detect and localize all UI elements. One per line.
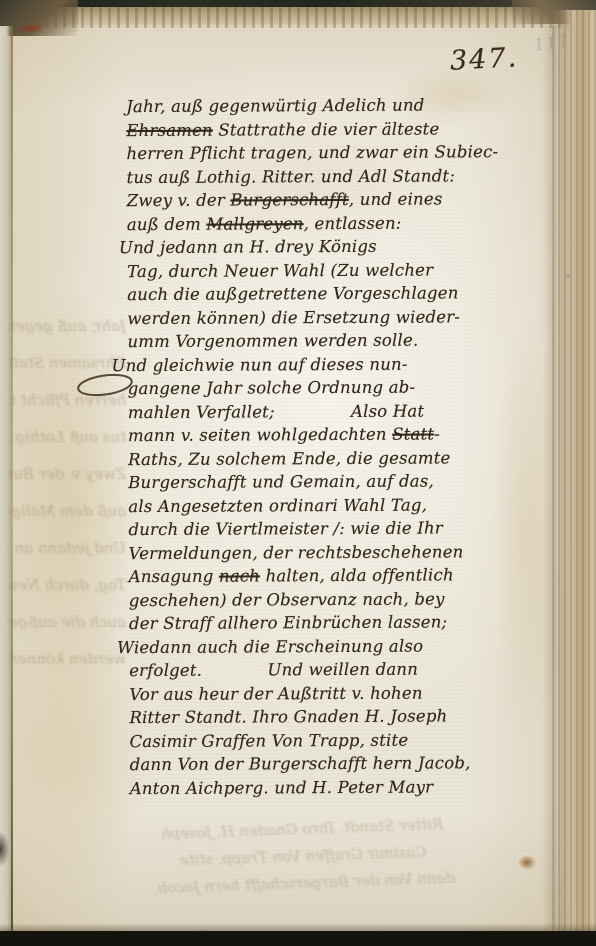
- binding-edge-bottom: [0, 931, 596, 946]
- red-edge-mark: [16, 24, 46, 33]
- manuscript-line: auch die außgetrettene Vorgeschlagen: [127, 281, 545, 307]
- bleedthrough-line: Ritter Standt. Ihro Gnaden H. Joseph: [63, 808, 542, 852]
- struck-word: Statt: [392, 424, 434, 443]
- bleedthrough-line: dann Von der Burgerschafft hern Jacob,: [65, 862, 544, 906]
- bleedthrough-line: Zwey v. der Burgerschafft, und eines: [4, 456, 126, 493]
- manuscript-line: Burgerschafft und Gemain, auf das,: [128, 469, 546, 495]
- manuscript-line: auß dem Mallgreyen, entlassen:: [127, 210, 545, 236]
- bleedthrough-line: Und jedann an H. drey Königs: [4, 530, 126, 567]
- page-number: 347.: [449, 42, 519, 77]
- bleedthrough-left: Jahr, auß gegenwürtig Adelich undEhrsame…: [4, 308, 126, 710]
- manuscript-line: Jahr, auß gegenwürtig Adelich und: [126, 93, 544, 119]
- manuscript-line: werden können) die Ersetzung wieder-: [127, 304, 545, 330]
- manuscript-line: Vermeldungen, der rechtsbeschehenen: [128, 539, 546, 565]
- manuscript-line: umm Vorgenommen werden solle.: [127, 328, 545, 354]
- manuscript-line: Tag, durch Neuer Wahl (Zu welcher: [127, 257, 545, 283]
- ink-spot: [518, 855, 536, 870]
- manuscript-line: geschehen) der Observanz nach, bey: [129, 586, 547, 612]
- manuscript-line: mann v. seiten wohlgedachten Statt-: [128, 422, 546, 448]
- bleedthrough-line: auch die außgetrettene Vorgeschlagen: [4, 604, 126, 641]
- struck-word: nach: [219, 566, 260, 585]
- manuscript-line: Ehrsamen Stattrathe die vier älteste: [126, 116, 544, 142]
- manuscript-line: Vor aus heur der Außtritt v. hohen: [129, 680, 547, 706]
- bleedthrough-line: Ehrsamen Stattrathe die vier älteste: [4, 345, 126, 382]
- bleedthrough-line: Tag, durch Neuer Wahl (Zu welcher: [4, 567, 126, 604]
- manuscript-line: herren Pflicht tragen, und zwar ein Subi…: [126, 140, 544, 166]
- bleedthrough-line: tus auß Lothig. Ritter. und Adl Standt:: [4, 419, 126, 456]
- manuscript-line: dann Von der Burgerschafft hern Jacob,: [130, 751, 548, 777]
- bleedthrough-line: Jahr, auß gegenwürtig Adelich und: [4, 308, 126, 345]
- bleedthrough-line: Casimir Graffen Von Trapp, stite: [64, 835, 543, 879]
- bleedthrough-bottom: Ritter Standt. Ihro Gnaden H. JosephCasi…: [63, 808, 544, 909]
- manuscript-line: gangene Jahr solche Ordnung ab-: [128, 375, 546, 401]
- manuscript-line: Raths, Zu solchem Ende, die gesamte: [128, 445, 546, 471]
- stacked-page-edges-right: [552, 10, 596, 932]
- manuscript-line: mahlen Verfallet; Also Hat: [128, 398, 546, 424]
- manuscript-page: Jahr, auß gegenwürtig Adelich undEhrsame…: [0, 0, 596, 946]
- manuscript-line: tus auß Lothig. Ritter. und Adl Standt:: [127, 163, 545, 189]
- struck-word: Mallgreyen: [206, 214, 303, 234]
- manuscript-line: Und gleichwie nun auf dieses nun-: [112, 351, 546, 377]
- manuscript-line: Casimir Graffen Von Trapp, stite: [129, 727, 547, 753]
- manuscript-line: Und jedann an H. drey Königs: [119, 234, 545, 260]
- manuscript-line: als Angesetzten ordinari Wahl Tag,: [128, 492, 546, 518]
- manuscript-line: Ritter Standt. Ihro Gnaden H. Joseph: [129, 704, 547, 730]
- manuscript-line: Anton Aichperg. und H. Peter Mayr: [130, 774, 548, 800]
- manuscript-line: durch die Viertlmeister /: wie die Ihr: [128, 516, 546, 542]
- bleedthrough-line: herren Pflicht tragen, und zwar ein Subi…: [4, 382, 126, 419]
- bleedthrough-line: auß dem Mallgreyen, entlassen:: [4, 493, 126, 530]
- bottom-edge-shadow: [0, 923, 596, 931]
- manuscript-line: Ansagung nach halten, alda offentlich: [129, 563, 547, 589]
- manuscript-line: Wiedann auch die Erscheinung also: [117, 633, 547, 659]
- page-edge-top: [0, 7, 596, 28]
- edge-blotch-bottom-left: [0, 832, 9, 866]
- manuscript-text-block: Jahr, auß gegenwürtig Adelich undEhrsame…: [126, 93, 548, 800]
- gutter-fold-line: [11, 26, 13, 931]
- manuscript-line: der Straff allhero Einbrüchen lassen;: [129, 610, 547, 636]
- manuscript-line: erfolget. Und weillen dann: [129, 657, 547, 683]
- struck-word: Burgerschafft: [230, 190, 349, 210]
- struck-word: Ehrsamen: [126, 120, 213, 139]
- manuscript-line: Zwey v. der Burgerschafft, und eines: [127, 187, 545, 213]
- bleedthrough-line: werden können) die Ersetzung wieder-: [4, 641, 126, 678]
